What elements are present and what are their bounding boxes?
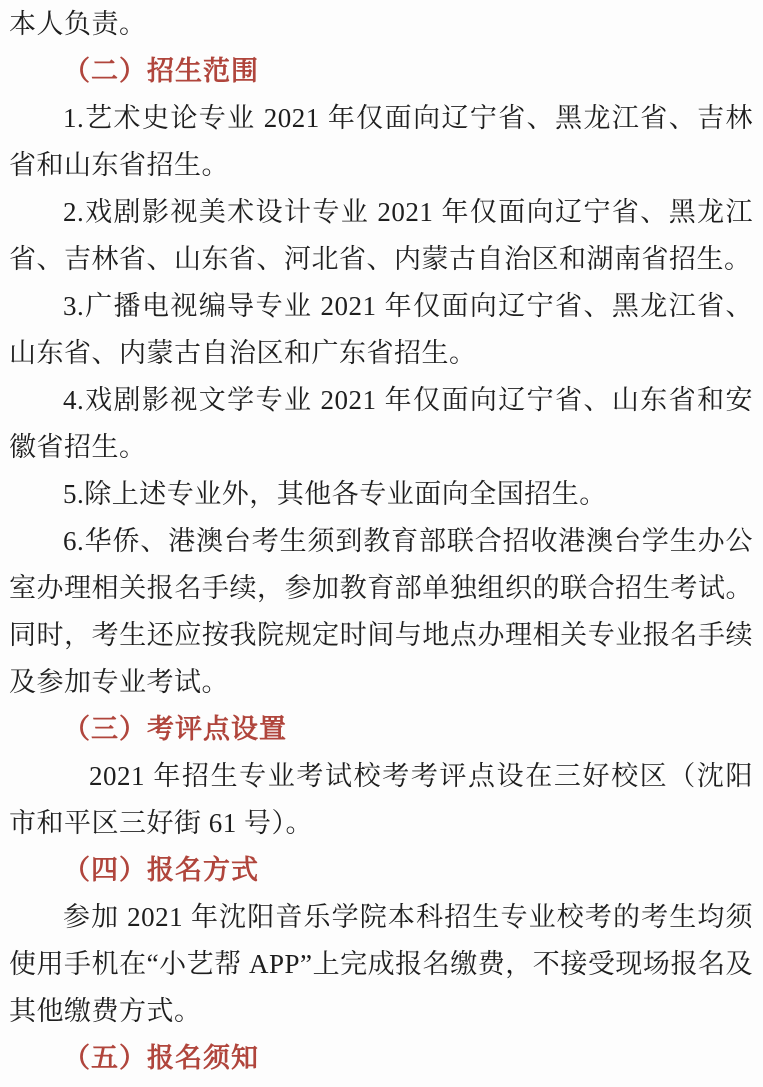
body-paragraph: 3.广播电视编导专业 2021 年仅面向辽宁省、黑龙江省、山东省、内蒙古自治区和… [9, 283, 753, 377]
section-heading: （五）报名须知 [9, 1035, 753, 1082]
body-paragraph: 5.除上述专业外，其他各专业面向全国招生。 [9, 471, 753, 518]
section-heading: （二）招生范围 [9, 48, 753, 95]
body-paragraph: 4.戏剧影视文学专业 2021 年仅面向辽宁省、山东省和安徽省招生。 [9, 377, 753, 471]
body-paragraph: 本人负责。 [9, 1, 753, 48]
body-paragraph: 1.艺术史论专业 2021 年仅面向辽宁省、黑龙江省、吉林省和山东省招生。 [9, 95, 753, 189]
article-body: 本人负责。（二）招生范围1.艺术史论专业 2021 年仅面向辽宁省、黑龙江省、吉… [9, 1, 753, 1082]
section-heading: （三）考评点设置 [9, 706, 753, 753]
body-paragraph: 2021 年招生专业考试校考考评点设在三好校区（沈阳市和平区三好街 61 号）。 [9, 753, 753, 847]
section-heading: （四）报名方式 [9, 847, 753, 894]
document-page: 本人负责。（二）招生范围1.艺术史论专业 2021 年仅面向辽宁省、黑龙江省、吉… [0, 0, 763, 1087]
body-paragraph: 6.华侨、港澳台考生须到教育部联合招收港澳台学生办公室办理相关报名手续，参加教育… [9, 518, 753, 706]
body-paragraph: 参加 2021 年沈阳音乐学院本科招生专业校考的考生均须使用手机在“小艺帮 AP… [9, 894, 753, 1035]
body-paragraph: 2.戏剧影视美术设计专业 2021 年仅面向辽宁省、黑龙江省、吉林省、山东省、河… [9, 189, 753, 283]
